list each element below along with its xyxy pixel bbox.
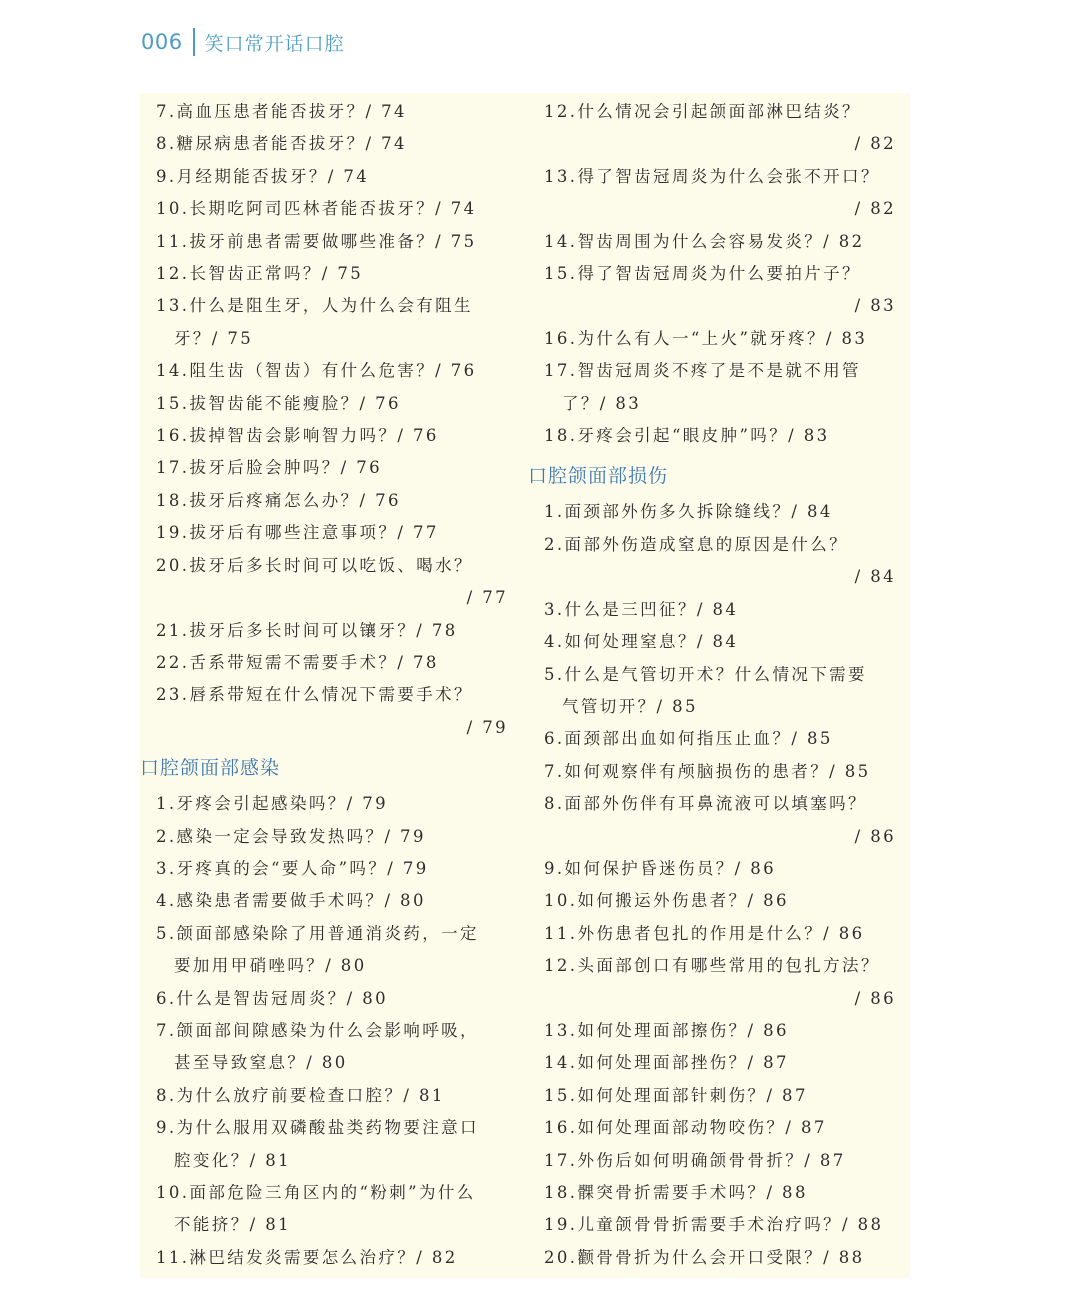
toc-entry-text: 2.面部外伤造成窒息的原因是什么？ [544,529,896,561]
toc-entry[interactable]: 18.拔牙后疼痛怎么办？/ 76 [156,485,508,517]
toc-entry-text: 6.什么是智齿冠周炎？/ 80 [156,983,508,1015]
toc-entry[interactable]: 7.高血压患者能否拔牙？/ 74 [156,96,508,128]
toc-entry-text: 1.面颈部外伤多久拆除缝线？/ 84 [544,496,896,528]
toc-entry[interactable]: 3.牙疼真的会“要人命”吗？/ 79 [156,853,508,885]
toc-entry-page-number: / 86 [544,983,896,1015]
toc-entry[interactable]: 16.拔掉智齿会影响智力吗？/ 76 [156,420,508,452]
toc-entry[interactable]: 9.为什么服用双磷酸盐类药物要注意口腔变化？/ 81 [156,1112,508,1177]
toc-entry[interactable]: 15.得了智齿冠周炎为什么要拍片子？/ 83 [544,258,896,323]
page-number: 006 [141,30,183,54]
toc-entry[interactable]: 1.面颈部外伤多久拆除缝线？/ 84 [544,496,896,528]
toc-entry-text: 8.为什么放疗前要检查口腔？/ 81 [156,1080,508,1112]
toc-entry-page-number: / 79 [156,712,508,744]
toc-entry-text: 10.长期吃阿司匹林者能否拔牙？/ 74 [156,193,508,225]
toc-entry-text: 4.感染患者需要做手术吗？/ 80 [156,885,508,917]
toc-entry[interactable]: 18.牙疼会引起“眼皮肿”吗？/ 83 [544,420,896,452]
toc-entry[interactable]: 17.拔牙后脸会肿吗？/ 76 [156,452,508,484]
toc-entry-text: 5.颌面部感染除了用普通消炎药，一定 [156,918,508,950]
toc-entry-continuation: 气管切开？/ 85 [544,691,896,723]
toc-entry-text: 3.牙疼真的会“要人命”吗？/ 79 [156,853,508,885]
toc-entry-text: 17.拔牙后脸会肿吗？/ 76 [156,452,508,484]
toc-entry[interactable]: 9.如何保护昏迷伤员？/ 86 [544,853,896,885]
section-title-infection: 口腔颌面部感染 [140,748,508,788]
toc-entry[interactable]: 4.如何处理窒息？/ 84 [544,626,896,658]
toc-entry-text: 3.什么是三凹征？/ 84 [544,594,896,626]
toc-entries-infection: 1.牙疼会引起感染吗？/ 792.感染一定会导致发热吗？/ 793.牙疼真的会“… [156,788,508,1274]
toc-entry-page-number: / 82 [544,193,896,225]
toc-entry[interactable]: 5.什么是气管切开术？什么情况下需要气管切开？/ 85 [544,659,896,724]
toc-entries-infection-cont: 12.什么情况会引起颌面部淋巴结炎？/ 8213.得了智齿冠周炎为什么会张不开口… [544,96,896,452]
toc-entry-text: 8.糖尿病患者能否拔牙？/ 74 [156,128,508,160]
toc-entry[interactable]: 14.阻生齿（智齿）有什么危害？/ 76 [156,355,508,387]
toc-entry[interactable]: 6.面颈部出血如何指压止血？/ 85 [544,723,896,755]
toc-panel: 7.高血压患者能否拔牙？/ 748.糖尿病患者能否拔牙？/ 749.月经期能否拔… [140,93,910,1278]
toc-entry[interactable]: 7.颌面部间隙感染为什么会影响呼吸，甚至导致窒息？/ 80 [156,1015,508,1080]
toc-entries-injury: 1.面颈部外伤多久拆除缝线？/ 842.面部外伤造成窒息的原因是什么？/ 843… [544,496,896,1274]
toc-entry[interactable]: 22.舌系带短需不需要手术？/ 78 [156,647,508,679]
toc-entry-text: 4.如何处理窒息？/ 84 [544,626,896,658]
toc-right-column: 12.什么情况会引起颌面部淋巴结炎？/ 8213.得了智齿冠周炎为什么会张不开口… [544,96,896,1274]
toc-entry-text: 5.什么是气管切开术？什么情况下需要 [544,659,896,691]
toc-entry[interactable]: 13.得了智齿冠周炎为什么会张不开口？/ 82 [544,161,896,226]
toc-entry[interactable]: 11.外伤患者包扎的作用是什么？/ 86 [544,918,896,950]
toc-entry-text: 15.拔智齿能不能瘦脸？/ 76 [156,388,508,420]
toc-entry-text: 18.牙疼会引起“眼皮肿”吗？/ 83 [544,420,896,452]
toc-entry[interactable]: 16.如何处理面部动物咬伤？/ 87 [544,1112,896,1144]
toc-entry-text: 15.得了智齿冠周炎为什么要拍片子？ [544,258,896,290]
toc-entry-text: 13.什么是阻生牙，人为什么会有阻生 [156,290,508,322]
toc-entry-text: 11.淋巴结发炎需要怎么治疗？/ 82 [156,1242,508,1274]
toc-entry-text: 10.如何搬运外伤患者？/ 86 [544,885,896,917]
toc-entry-text: 22.舌系带短需不需要手术？/ 78 [156,647,508,679]
toc-entry-continuation: 甚至导致窒息？/ 80 [156,1047,508,1079]
toc-entry-text: 9.为什么服用双磷酸盐类药物要注意口 [156,1112,508,1144]
toc-entry-text: 9.如何保护昏迷伤员？/ 86 [544,853,896,885]
toc-entry[interactable]: 9.月经期能否拔牙？/ 74 [156,161,508,193]
toc-entry-text: 12.头面部创口有哪些常用的包扎方法？ [544,950,896,982]
toc-entry[interactable]: 7.如何观察伴有颅脑损伤的患者？/ 85 [544,756,896,788]
toc-entry[interactable]: 4.感染患者需要做手术吗？/ 80 [156,885,508,917]
toc-entry-page-number: / 82 [544,128,896,160]
toc-entry[interactable]: 1.牙疼会引起感染吗？/ 79 [156,788,508,820]
toc-entry-text: 14.如何处理面部挫伤？/ 87 [544,1047,896,1079]
toc-entry-text: 14.阻生齿（智齿）有什么危害？/ 76 [156,355,508,387]
toc-entry-continuation: 牙？/ 75 [156,323,508,355]
toc-entry-text: 21.拔牙后多长时间可以镶牙？/ 78 [156,615,508,647]
toc-entry[interactable]: 8.糖尿病患者能否拔牙？/ 74 [156,128,508,160]
toc-entry-text: 6.面颈部出血如何指压止血？/ 85 [544,723,896,755]
toc-entry-text: 7.如何观察伴有颅脑损伤的患者？/ 85 [544,756,896,788]
toc-entry[interactable]: 15.拔智齿能不能瘦脸？/ 76 [156,388,508,420]
toc-entry[interactable]: 11.淋巴结发炎需要怎么治疗？/ 82 [156,1242,508,1274]
toc-entry[interactable]: 8.为什么放疗前要检查口腔？/ 81 [156,1080,508,1112]
toc-entry-text: 14.智齿周围为什么会容易发炎？/ 82 [544,226,896,258]
book-title: 笑口常开话口腔 [205,29,345,56]
toc-entry-text: 17.智齿冠周炎不疼了是不是就不用管 [544,355,896,387]
toc-entry[interactable]: 19.拔牙后有哪些注意事项？/ 77 [156,517,508,549]
toc-entry-text: 23.唇系带短在什么情况下需要手术？ [156,679,508,711]
toc-entry-text: 17.外伤后如何明确颌骨骨折？/ 87 [544,1145,896,1177]
toc-entry[interactable]: 11.拔牙前患者需要做哪些准备？/ 75 [156,226,508,258]
toc-entry-text: 12.长智齿正常吗？/ 75 [156,258,508,290]
toc-entry[interactable]: 10.如何搬运外伤患者？/ 86 [544,885,896,917]
toc-entry-continuation: 腔变化？/ 81 [156,1145,508,1177]
toc-entry-text: 9.月经期能否拔牙？/ 74 [156,161,508,193]
toc-entry-text: 7.颌面部间隙感染为什么会影响呼吸， [156,1015,508,1047]
toc-entry[interactable]: 14.智齿周围为什么会容易发炎？/ 82 [544,226,896,258]
toc-entry-text: 1.牙疼会引起感染吗？/ 79 [156,788,508,820]
toc-entry[interactable]: 6.什么是智齿冠周炎？/ 80 [156,983,508,1015]
toc-entry[interactable]: 19.儿童颌骨骨折需要手术治疗吗？/ 88 [544,1209,896,1241]
toc-entry-text: 16.拔掉智齿会影响智力吗？/ 76 [156,420,508,452]
toc-entry[interactable]: 21.拔牙后多长时间可以镶牙？/ 78 [156,615,508,647]
toc-entry-text: 18.髁突骨折需要手术吗？/ 88 [544,1177,896,1209]
toc-entry-text: 20.拔牙后多长时间可以吃饭、喝水？ [156,550,508,582]
toc-entry[interactable]: 17.外伤后如何明确颌骨骨折？/ 87 [544,1145,896,1177]
toc-entry[interactable]: 23.唇系带短在什么情况下需要手术？/ 79 [156,679,508,744]
toc-entry[interactable]: 8.面部外伤伴有耳鼻流液可以填塞吗？/ 86 [544,788,896,853]
toc-entry-text: 2.感染一定会导致发热吗？/ 79 [156,821,508,853]
toc-entry[interactable]: 12.什么情况会引起颌面部淋巴结炎？/ 82 [544,96,896,161]
toc-entry-page-number: / 84 [544,561,896,593]
toc-entry[interactable]: 17.智齿冠周炎不疼了是不是就不用管了？/ 83 [544,355,896,420]
toc-entry-page-number: / 86 [544,821,896,853]
section-title-injury: 口腔颌面部损伤 [528,456,896,496]
toc-entry-text: 15.如何处理面部针刺伤？/ 87 [544,1080,896,1112]
toc-entry[interactable]: 16.为什么有人一“上火”就牙疼？/ 83 [544,323,896,355]
toc-entry-text: 20.颧骨骨折为什么会开口受限？/ 88 [544,1242,896,1274]
toc-left-column: 7.高血压患者能否拔牙？/ 748.糖尿病患者能否拔牙？/ 749.月经期能否拔… [156,96,508,1274]
toc-entry-text: 7.高血压患者能否拔牙？/ 74 [156,96,508,128]
toc-entries-extraction: 7.高血压患者能否拔牙？/ 748.糖尿病患者能否拔牙？/ 749.月经期能否拔… [156,96,508,744]
toc-entry-text: 19.儿童颌骨骨折需要手术治疗吗？/ 88 [544,1209,896,1241]
toc-entry[interactable]: 15.如何处理面部针刺伤？/ 87 [544,1080,896,1112]
toc-entry[interactable]: 13.什么是阻生牙，人为什么会有阻生牙？/ 75 [156,290,508,355]
toc-entry-text: 10.面部危险三角区内的“粉刺”为什么 [156,1177,508,1209]
toc-entry[interactable]: 12.长智齿正常吗？/ 75 [156,258,508,290]
toc-entry-page-number: / 83 [544,290,896,322]
toc-entry[interactable]: 20.颧骨骨折为什么会开口受限？/ 88 [544,1242,896,1274]
toc-entry[interactable]: 20.拔牙后多长时间可以吃饭、喝水？/ 77 [156,550,508,615]
toc-entry-text: 13.如何处理面部擦伤？/ 86 [544,1015,896,1047]
toc-entry-text: 19.拔牙后有哪些注意事项？/ 77 [156,517,508,549]
toc-entry[interactable]: 12.头面部创口有哪些常用的包扎方法？/ 86 [544,950,896,1015]
page-header: 006 笑口常开话口腔 [141,27,345,57]
toc-entry-continuation: 了？/ 83 [544,388,896,420]
toc-entry[interactable]: 18.髁突骨折需要手术吗？/ 88 [544,1177,896,1209]
toc-entry-text: 12.什么情况会引起颌面部淋巴结炎？ [544,96,896,128]
header-divider [193,28,195,56]
toc-entry-text: 16.如何处理面部动物咬伤？/ 87 [544,1112,896,1144]
toc-entry[interactable]: 10.长期吃阿司匹林者能否拔牙？/ 74 [156,193,508,225]
toc-entry-text: 16.为什么有人一“上火”就牙疼？/ 83 [544,323,896,355]
toc-entry-text: 18.拔牙后疼痛怎么办？/ 76 [156,485,508,517]
toc-entry[interactable]: 2.面部外伤造成窒息的原因是什么？/ 84 [544,529,896,594]
toc-entry-text: 13.得了智齿冠周炎为什么会张不开口？ [544,161,896,193]
toc-entry-continuation: 不能挤？/ 81 [156,1209,508,1241]
toc-entry-text: 8.面部外伤伴有耳鼻流液可以填塞吗？ [544,788,896,820]
toc-entry-text: 11.外伤患者包扎的作用是什么？/ 86 [544,918,896,950]
toc-entry-page-number: / 77 [156,582,508,614]
toc-entry[interactable]: 2.感染一定会导致发热吗？/ 79 [156,821,508,853]
toc-entry-text: 11.拔牙前患者需要做哪些准备？/ 75 [156,226,508,258]
toc-entry[interactable]: 10.面部危险三角区内的“粉刺”为什么不能挤？/ 81 [156,1177,508,1242]
toc-entry[interactable]: 14.如何处理面部挫伤？/ 87 [544,1047,896,1079]
toc-entry-continuation: 要加用甲硝唑吗？/ 80 [156,950,508,982]
toc-entry[interactable]: 5.颌面部感染除了用普通消炎药，一定要加用甲硝唑吗？/ 80 [156,918,508,983]
toc-entry[interactable]: 13.如何处理面部擦伤？/ 86 [544,1015,896,1047]
toc-entry[interactable]: 3.什么是三凹征？/ 84 [544,594,896,626]
